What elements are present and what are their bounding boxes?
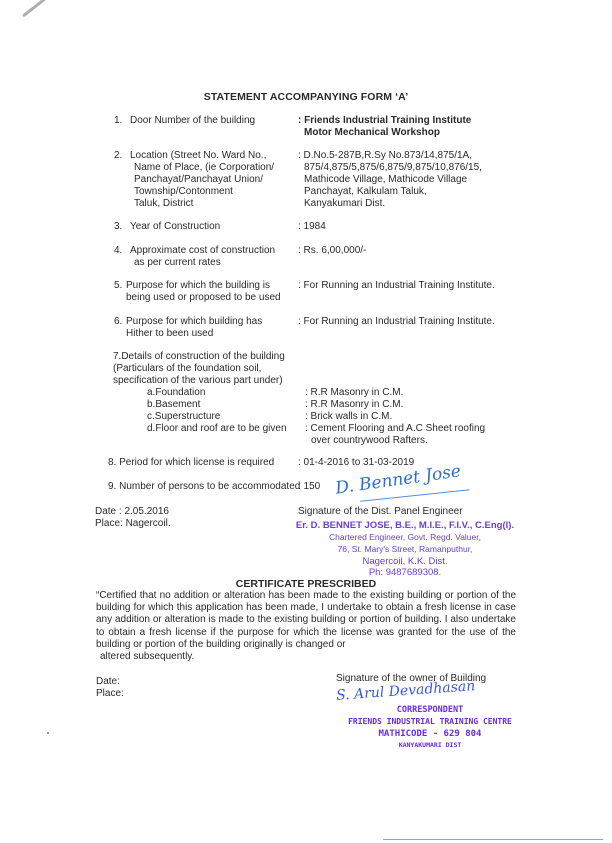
item-2-label: Location (Street No. Ward No., bbox=[130, 150, 266, 162]
item-4-label: Approximate cost of construction bbox=[130, 245, 275, 257]
item-5-number: 5. bbox=[114, 280, 122, 292]
engineer-signature-label: Signature of the Dist. Panel Engineer bbox=[298, 506, 463, 518]
item-7d-value-line2: over countrywood Rafters. bbox=[311, 435, 428, 447]
item-5-label-line2: being used or proposed to be used bbox=[126, 292, 281, 304]
place-line: Place: Nagercoil. bbox=[95, 518, 171, 530]
item-7b-label: b.Basement bbox=[147, 399, 200, 411]
item-4-number: 4. bbox=[114, 245, 122, 257]
item-7a-label: a.Foundation bbox=[147, 387, 205, 399]
item-7b-value: : R.R Masonry in C.M. bbox=[305, 399, 403, 411]
item-6-value: : For Running an Industrial Training Ins… bbox=[298, 316, 495, 328]
item-2-value-line3: Mathicode Village, Mathicode Village bbox=[304, 174, 467, 186]
item-2-label-line4: Township/Contonment bbox=[134, 186, 233, 198]
item-9-label: 9. Number of persons to be accommodated bbox=[108, 481, 300, 493]
item-7-heading-line3: specification of the various part under) bbox=[113, 375, 283, 387]
item-1-label: Door Number of the building bbox=[130, 115, 255, 127]
bottom-rule bbox=[383, 839, 603, 840]
date-line: Date : 2.05.2016 bbox=[95, 506, 169, 518]
item-4-label-line2: as per current rates bbox=[134, 257, 221, 269]
item-2-value: : D.No.5-287B,R.Sy No.873/14,875/1A, bbox=[298, 150, 472, 162]
item-9-value: : 150 bbox=[298, 481, 320, 493]
item-8-label: 8. Period for which license is required bbox=[108, 457, 274, 469]
owner-stamp-line2: FRIENDS INDUSTRIAL TRAINING CENTRE bbox=[330, 717, 530, 726]
item-7d-value: : Cement Flooring and A.C Sheet roofing bbox=[305, 423, 485, 435]
item-2-label-line5: Taluk, District bbox=[134, 198, 193, 210]
item-6-label-line2: Hither to been used bbox=[126, 328, 213, 340]
item-7a-value: : R.R Masonry in C.M. bbox=[305, 387, 403, 399]
document-title: STATEMENT ACCOMPANYING FORM ‘A’ bbox=[0, 91, 612, 103]
owner-stamp-line4: KANYAKUMARI DIST bbox=[330, 741, 530, 749]
item-3-value: : 1984 bbox=[298, 221, 326, 233]
item-2-number: 2. bbox=[114, 150, 122, 162]
item-7c-value: : Brick walls in C.M. bbox=[305, 411, 392, 423]
item-5-label: Purpose for which the building is bbox=[126, 280, 270, 292]
item-1-value: : Friends Industrial Training Institute bbox=[298, 115, 471, 127]
owner-place-label: Place: bbox=[96, 688, 124, 700]
item-7d-label: d.Floor and roof are to be given bbox=[147, 423, 287, 435]
item-2-value-line5: Kanyakumari Dist. bbox=[304, 198, 385, 210]
speck bbox=[47, 732, 49, 734]
engineer-stamp-line2: Chartered Engineer, Govt. Regd. Valuer, bbox=[290, 532, 520, 542]
item-6-label: Purpose for which building has bbox=[126, 316, 262, 328]
item-3-number: 3. bbox=[114, 221, 122, 233]
item-2-label-line2: Name of Place, (ie Corporation/ bbox=[134, 162, 274, 174]
item-7-heading-line2: (Particulars of the foundation soil, bbox=[113, 363, 261, 375]
item-5-value: : For Running an Industrial Training Ins… bbox=[298, 280, 495, 292]
owner-date-label: Date: bbox=[96, 676, 120, 688]
item-8-value: : 01-4-2016 to 31-03-2019 bbox=[298, 457, 414, 469]
engineer-stamp-line1: Er. D. BENNET JOSE, B.E., M.I.E., F.I.V.… bbox=[290, 520, 520, 531]
engineer-stamp-phone: Ph: 9487689308. bbox=[290, 567, 520, 578]
item-4-value: : Rs. 6,00,000/- bbox=[298, 245, 366, 257]
item-2-value-line2: 875/4,875/5,875/6,875/9,875/10,876/15, bbox=[304, 162, 482, 174]
certificate-heading: CERTIFICATE PRESCRIBED bbox=[0, 578, 612, 590]
engineer-stamp-line4: Nagercoil, K.K. Dist. bbox=[290, 556, 520, 567]
item-6-number: 6. bbox=[114, 316, 122, 328]
item-2-value-line4: Panchayat, Kalkulam Taluk, bbox=[304, 186, 427, 198]
item-1-value-line2: Motor Mechanical Workshop bbox=[304, 127, 440, 139]
owner-stamp-line1: CORRESPONDENT bbox=[330, 705, 530, 715]
certificate-body: “Certified that no addition or alteratio… bbox=[96, 590, 516, 651]
item-2-label-line3: Panchayat/Panchayat Union/ bbox=[134, 174, 263, 186]
certificate-tail: altered subsequently. bbox=[100, 651, 194, 663]
item-3-label: Year of Construction bbox=[130, 221, 220, 233]
item-7c-label: c.Superstructure bbox=[147, 411, 220, 423]
engineer-stamp-line3: 76, St. Mary's Street, Ramanputhur, bbox=[290, 544, 520, 554]
item-1-number: 1. bbox=[114, 115, 122, 127]
pen-mark bbox=[22, 0, 46, 17]
item-7-heading: 7.Details of construction of the buildin… bbox=[113, 351, 285, 363]
owner-stamp-line3: MATHICODE - 629 804 bbox=[330, 729, 530, 739]
